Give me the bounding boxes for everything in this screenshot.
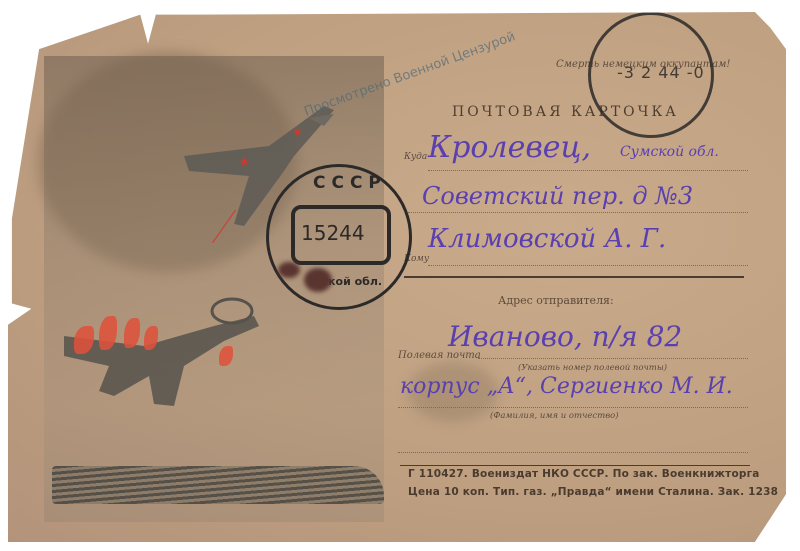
postmark-date-text: -3 2 44 -0 xyxy=(617,63,705,82)
address-line xyxy=(408,212,748,213)
postmark-top-text: СССР xyxy=(313,173,387,193)
ink-blot xyxy=(278,262,300,278)
enemy-plane-burning xyxy=(54,296,274,426)
address-line xyxy=(478,358,748,359)
to-city-label: Куда xyxy=(404,152,427,162)
handwritten-street: Советский пер. д №3 xyxy=(422,182,693,210)
name-hint: (Фамилия, имя и отчество) xyxy=(490,411,619,421)
handwritten-sender-address: Иваново, п/я 82 xyxy=(448,320,682,353)
postcard: ★ ★ Просмотрено Военной Цензурой Смерть … xyxy=(8,12,786,542)
ink-blot xyxy=(304,268,332,292)
handwritten-region: Сумской обл. xyxy=(620,144,719,160)
red-star-icon: ★ xyxy=(239,156,250,168)
divider xyxy=(404,276,744,278)
address-line xyxy=(398,407,748,408)
postmark-field-post: СССР 15244 ...ской обл. xyxy=(266,164,412,310)
divider xyxy=(400,465,750,466)
address-line xyxy=(428,265,748,266)
postmark-frame: 15244 xyxy=(291,205,391,265)
postmark-date: -3 2 44 -0 xyxy=(588,12,714,138)
address-line xyxy=(398,452,748,453)
handwritten-recipient: Климовской А. Г. xyxy=(428,224,666,254)
red-star-icon: ★ xyxy=(292,126,303,138)
landscape-horizon xyxy=(52,466,384,504)
imprint-line-1: Г 110427. Воениздат НКО СССР. По зак. Во… xyxy=(408,468,760,480)
handwritten-city: Кролевец, xyxy=(428,130,591,165)
address-line xyxy=(428,170,748,171)
field-post-hint: (Указать номер полевой почты) xyxy=(518,363,667,373)
imprint-line-2: Цена 10 коп. Тип. газ. „Правда“ имени Ст… xyxy=(408,486,778,498)
handwritten-sender-name: корпус „А“, Сергиенко М. И. xyxy=(400,374,733,399)
sender-header: Адрес отправителя: xyxy=(498,294,614,307)
postmark-number: 15244 xyxy=(301,221,365,245)
